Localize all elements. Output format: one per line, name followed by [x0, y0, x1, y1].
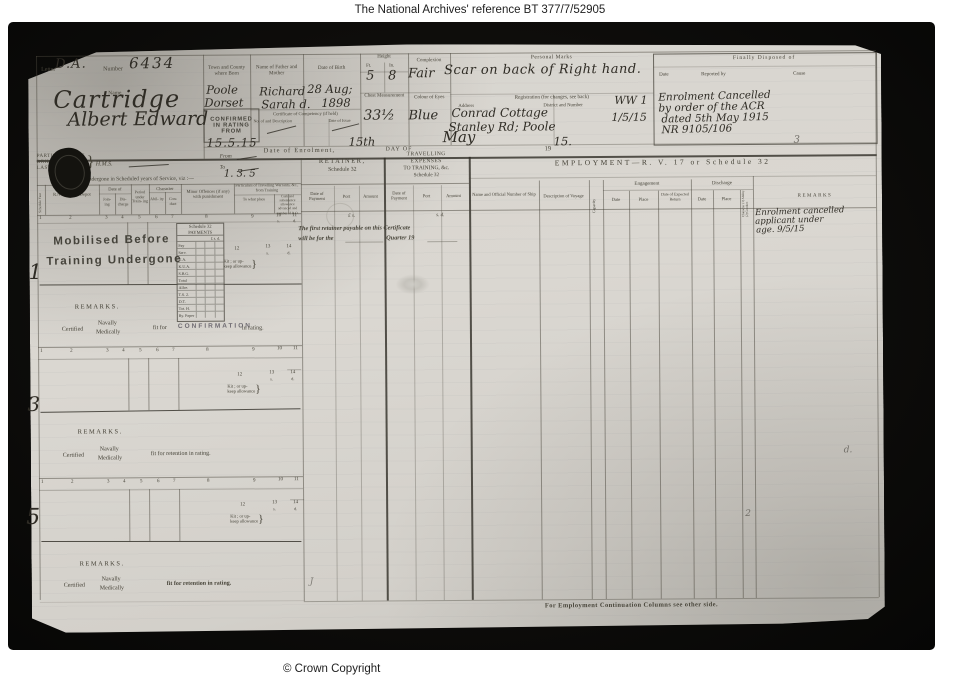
confirmed-date-value: 15.5.15 — [207, 137, 258, 149]
marks-value: Scar on back of Right hand. — [444, 63, 641, 77]
travelling-amount-label: Amount — [440, 193, 467, 198]
enrolment-label: Date of Enrolment, — [264, 147, 336, 155]
name-value-forenames: Albert Edward — [67, 110, 208, 130]
retainer-date-label: Date of Payment — [302, 191, 332, 202]
travelling-date-label: Date of Payment — [386, 190, 412, 201]
chest-value: 33½ — [363, 108, 394, 122]
retainer-port-label: Port — [335, 194, 358, 199]
retainer-note-line2: will be for the — [298, 235, 333, 243]
disposed-reported-label: Reported by — [701, 72, 726, 78]
col-ability: Abil- ity — [150, 197, 164, 202]
form-grid-lines — [0, 0, 958, 3]
enrolment-day-value: 15th — [349, 137, 376, 149]
eyes-label: Colour of Eyes — [408, 95, 450, 101]
col-character: Character — [149, 186, 181, 192]
col-discharge-place: Place — [713, 196, 740, 201]
retainer-note-line1: The first retainer payable on this Certi… — [298, 224, 470, 233]
kit-allowance-group-2: 12 13 s. 14 d. Kit ; or up-keep allowanc… — [0, 0, 958, 3]
hms-label: H.M.S. — [96, 161, 113, 168]
col-schedule-year: Schedule Year — [38, 187, 42, 213]
disposed-cause-label: Cause — [793, 72, 805, 78]
mobilised-stamp-line1: Mobilised Before — [53, 233, 170, 247]
district-value-line2: 1/5/15 — [611, 112, 646, 123]
travelling-port-label: Port — [414, 193, 439, 198]
engagement-label: Engagement — [603, 181, 691, 188]
dob-day-month: 28 Aug; — [307, 84, 352, 96]
born-county: Dorset — [204, 98, 243, 110]
col-discharge-character: Character (1) Ability (2) Conduct — [742, 187, 750, 217]
col-voyage: Description of Voyage — [540, 193, 587, 199]
parents-label: Name of Father and Mother — [250, 64, 303, 77]
col-travelling-warrants: Particulars of Travelling Warrants, &c.,… — [235, 183, 299, 193]
certificate-label: Certificate of Competency (if held) — [252, 111, 358, 117]
stray-mark-2: 2 — [745, 510, 751, 519]
col-expected-return: Date of Expected Return — [660, 192, 690, 202]
enrolment-year-value: 15. — [554, 136, 572, 148]
column-numbers-row-2: 1 2 3 4 5 6 7 8 9 10 11 — [0, 0, 958, 3]
retainer-title: RETAINER, — [301, 158, 384, 166]
father-name: Richard — [259, 86, 305, 98]
travelling-title-line1: TRAVELLING — [384, 151, 469, 158]
column-numbers-row-1: 1 2 3 4 5 6 7 8 9 10 s. 11 d. — [0, 0, 958, 3]
col-discharge: Dis- charge — [116, 197, 130, 207]
dob-year: 1898 — [321, 98, 350, 110]
from-label: From — [220, 154, 232, 161]
row-number-1: 1 — [28, 262, 42, 283]
born-town: Poole — [206, 85, 238, 97]
retainer-amount-label: Amount — [358, 194, 383, 199]
schedule-32-payments-stamp: Schedule 32 PAYMENTS £ s. d. Pay Serv. U… — [176, 223, 225, 322]
dob-label: Date of Birth — [303, 65, 360, 72]
employment-footer-note: For Employment Continuation Columns see … — [545, 601, 718, 610]
column-numbers-row-3: 1 2 3 4 5 6 7 8 9 10 11 — [0, 0, 958, 3]
stray-mark-j: J — [310, 578, 314, 587]
remarks-label-1: REMARKS. — [75, 303, 120, 311]
disposed-date-label: Date — [659, 73, 668, 79]
row-number-5: 5 — [26, 507, 40, 529]
col-engagement-place: Place — [629, 197, 658, 202]
kit-allowance-group-1: 12 13 s. 14 d. Kit ; or up-keep allowanc… — [0, 0, 958, 3]
col-ship-name: Name and Official Number of Ship — [472, 191, 536, 197]
travelling-schedule: Schedule 32 — [384, 172, 469, 179]
employment-remark-line3: age. 9/5/15 — [756, 225, 805, 235]
stray-mark-enrolment: 3 — [794, 136, 800, 146]
col-capacity: Capacity — [592, 189, 597, 213]
col-joining: Join- ing — [100, 197, 114, 207]
col-engagement-date: Date — [603, 197, 629, 202]
col-date-of: Date of — [99, 186, 131, 192]
number-value: 6434 — [129, 56, 175, 71]
district-value-line1: WW 1 — [614, 95, 647, 106]
scheduled-years-value: 1. 3. 5 — [224, 169, 256, 179]
mother-name: Sarah d. — [261, 99, 310, 111]
certificate-issue-label: Date of Issue — [328, 119, 350, 124]
stray-mark-d: d. — [844, 446, 853, 455]
height-ft-value: 5 — [366, 70, 374, 83]
employment-remarks-label: REMARKS — [753, 193, 877, 200]
col-to-what-place: To what place — [237, 197, 271, 202]
col-cash-allowance: Cash and subsistence allowance advanced … — [275, 194, 300, 215]
col-discharge-date: Date — [691, 196, 713, 201]
certified-line-3: Certified Navally Medically fit for rete… — [0, 0, 958, 3]
travelling-title-line3: TO TRAINING, &c. — [384, 165, 469, 172]
col-minor-offences: Minor Offences (if any) with punishment — [183, 189, 233, 200]
retainer-schedule: Schedule 32 — [301, 167, 384, 174]
enrolment-year-printed: 19 — [545, 145, 552, 153]
row-number-3: 3 — [27, 394, 40, 414]
kit-allowance-group-3: 12 13 s. 14 d. Kit ; or up-keep allowanc… — [0, 0, 958, 3]
certified-line-2: Certified Navally Medically fit for rete… — [0, 0, 958, 3]
col-period: Period under Train- ing — [132, 190, 148, 204]
travelling-title-line2: EXPENSES — [384, 158, 469, 165]
eyes-value: Blue — [408, 109, 438, 122]
complexion-value: Fair — [408, 67, 434, 80]
certified-line-1: Certified Navally Medically fit for CONF… — [0, 0, 958, 3]
district-number-label: District and Number — [543, 103, 582, 109]
address-value-line1: Conrad Cottage — [451, 106, 548, 119]
born-label: Town and County where Born — [203, 64, 250, 77]
crown-copyright-caption: © Crown Copyright — [283, 663, 380, 675]
enrolment-month-value: May — [443, 130, 476, 145]
record-card: Letter D.A. Number 6434 Name Cartridge A… — [0, 0, 960, 679]
number-label: Number — [103, 66, 123, 73]
retainer-note-quarter: Quarter 19 — [386, 234, 414, 242]
height-label: Height — [360, 54, 408, 60]
height-in-value: 8 — [388, 69, 396, 82]
travelling-currency: s. d. — [436, 213, 444, 219]
chest-label: Chest Measurement — [360, 93, 408, 99]
letter-label: Letter — [41, 67, 55, 74]
cancel-note-line4: NR 9105/106 — [661, 123, 732, 135]
remarks-label-3: REMARKS. — [80, 560, 125, 568]
col-conduct: Con- duct — [166, 197, 180, 207]
letter-value: D.A. — [55, 58, 87, 71]
remarks-label-2: REMARKS. — [78, 428, 123, 436]
ghost-stamp-ring — [326, 203, 354, 229]
employment-title: EMPLOYMENT—R. V. 17 or Schedule 32 — [555, 158, 771, 168]
